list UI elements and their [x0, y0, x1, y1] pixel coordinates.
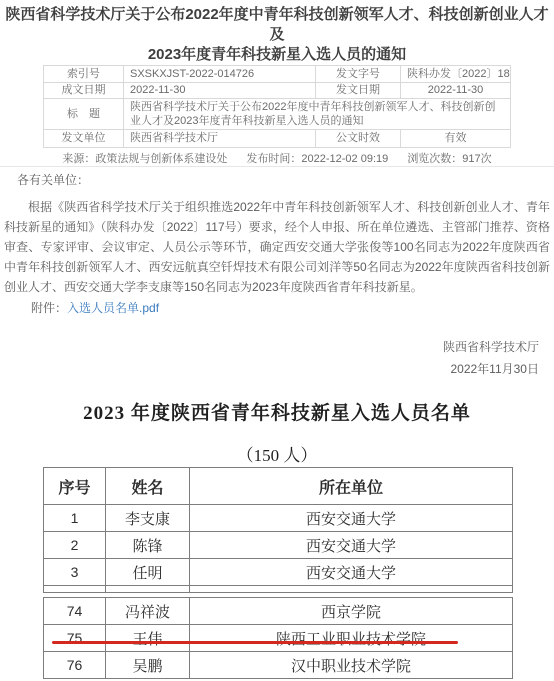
meta-title-value: 陕西省科学技术厅关于公布2022年度中青年科技创新领军人才、科技创新创业人才及2…	[124, 99, 511, 130]
roster-spacer-cell	[106, 586, 190, 593]
view-count: 浏览次数：917次	[407, 153, 491, 165]
roster-cell-name: 王伟	[106, 625, 190, 652]
roster-cell-no: 74	[44, 598, 106, 625]
table-row: 74冯祥波西京学院	[44, 598, 513, 625]
roster-spacer-cell	[44, 586, 106, 593]
source-line: 来源：政策法规与创新体系建设处 发布时间：2022-12-02 09:19 浏览…	[0, 150, 554, 166]
sign-date: 2022年11月30日	[443, 358, 539, 380]
meta-pubdate-value: 2022-11-30	[401, 83, 511, 99]
table-row: 76吴鹏汉中职业技术学院	[44, 652, 513, 679]
meta-validity-label: 公文时效	[316, 130, 401, 148]
roster-cell-no: 2	[44, 532, 106, 559]
document-title-line1: 陕西省科学技术厅关于公布2022年度中青年科技创新领军人才、科技创新创业人才及	[0, 5, 554, 45]
roster-cell-no: 75	[44, 625, 106, 652]
table-row: 75王伟陕西工业职业技术学院	[44, 625, 513, 652]
table-row: 1李支康西安交通大学	[44, 505, 513, 532]
meta-index-label: 索引号	[44, 66, 124, 83]
roster-table: 序号姓名所在单位1李支康西安交通大学2陈锋西安交通大学3任明西安交通大学	[43, 467, 513, 593]
roster-cell-unit: 陕西工业职业技术学院	[190, 625, 513, 652]
meta-date-label: 成文日期	[44, 83, 124, 99]
roster-cell-no: 3	[44, 559, 106, 586]
roster: 序号姓名所在单位1李支康西安交通大学2陈锋西安交通大学3任明西安交通大学74冯祥…	[43, 467, 512, 681]
meta-unit-value: 陕西省科学技术厅	[124, 130, 316, 148]
roster-header-row: 序号姓名所在单位	[44, 468, 513, 505]
roster-cell-name: 任明	[106, 559, 190, 586]
roster-cell-unit: 西安交通大学	[190, 559, 513, 586]
roster-cell-name: 李支康	[106, 505, 190, 532]
roster-cell-name: 陈锋	[106, 532, 190, 559]
document-page: 陕西省科学技术厅关于公布2022年度中青年科技创新领军人才、科技创新创业人才及 …	[0, 0, 554, 681]
roster-title: 2023 年度陕西省青年科技新星入选人员名单	[0, 398, 554, 425]
signature-block: 陕西省科学技术厅 2022年11月30日	[443, 336, 539, 380]
meta-index-value: SXSKXJST-2022-014726	[124, 66, 316, 83]
roster-spacer-cell	[190, 586, 513, 593]
meta-pubdate-label: 发文日期	[316, 83, 401, 99]
meta-date-value: 2022-11-30	[124, 83, 316, 99]
meta-docnum-value: 陕科办发〔2022〕183号	[401, 66, 511, 83]
roster-cell-unit: 西安交通大学	[190, 505, 513, 532]
body-paragraph: 根据《陕西省科学技术厅关于组织推选2022年中青年科技创新领军人才、科技创新创业…	[4, 197, 550, 297]
source-department: 来源：政策法规与创新体系建设处	[62, 153, 227, 165]
meta-row-unit: 发文单位 陕西省科学技术厅 公文时效 有效	[44, 130, 511, 148]
roster-header-cell: 姓名	[106, 468, 190, 505]
meta-table: 索引号 SXSKXJST-2022-014726 发文字号 陕科办发〔2022〕…	[43, 65, 511, 148]
meta-row-title: 标 题 陕西省科学技术厅关于公布2022年度中青年科技创新领军人才、科技创新创业…	[44, 99, 511, 130]
roster-spacer-row	[44, 586, 513, 593]
roster-cell-no: 76	[44, 652, 106, 679]
publish-time: 发布时间：2022-12-02 09:19	[246, 153, 388, 165]
roster-cell-no: 1	[44, 505, 106, 532]
roster-cell-name: 冯祥波	[106, 598, 190, 625]
roster-table: 74冯祥波西京学院75王伟陕西工业职业技术学院76吴鹏汉中职业技术学院	[43, 597, 513, 679]
roster-cell-unit: 西安交通大学	[190, 532, 513, 559]
meta-validity-value: 有效	[401, 130, 511, 148]
section-divider	[0, 166, 554, 167]
highlight-underline	[52, 641, 458, 644]
roster-subtitle: （150 人）	[0, 441, 554, 466]
attachment-label: 附件：	[31, 301, 67, 315]
meta-docnum-label: 发文字号	[316, 66, 401, 83]
roster-cell-unit: 汉中职业技术学院	[190, 652, 513, 679]
roster-header-cell: 所在单位	[190, 468, 513, 505]
table-row: 3任明西安交通大学	[44, 559, 513, 586]
meta-unit-label: 发文单位	[44, 130, 124, 148]
table-row: 2陈锋西安交通大学	[44, 532, 513, 559]
signer-name: 陕西省科学技术厅	[443, 336, 539, 358]
meta-row-index: 索引号 SXSKXJST-2022-014726 发文字号 陕科办发〔2022〕…	[44, 66, 511, 83]
roster-cell-unit: 西京学院	[190, 598, 513, 625]
roster-header-cell: 序号	[44, 468, 106, 505]
meta-title-label: 标 题	[44, 99, 124, 130]
roster-cell-name: 吴鹏	[106, 652, 190, 679]
document-title: 陕西省科学技术厅关于公布2022年度中青年科技创新领军人才、科技创新创业人才及 …	[0, 5, 554, 65]
attachment-row: 附件：入选人员名单.pdf	[31, 299, 159, 316]
attachment-link[interactable]: 入选人员名单.pdf	[67, 301, 159, 315]
document-title-line2: 2023年度青年科技新星入选人员的通知	[0, 45, 554, 65]
meta-row-dates: 成文日期 2022-11-30 发文日期 2022-11-30	[44, 83, 511, 99]
salutation: 各有关单位：	[17, 171, 89, 188]
